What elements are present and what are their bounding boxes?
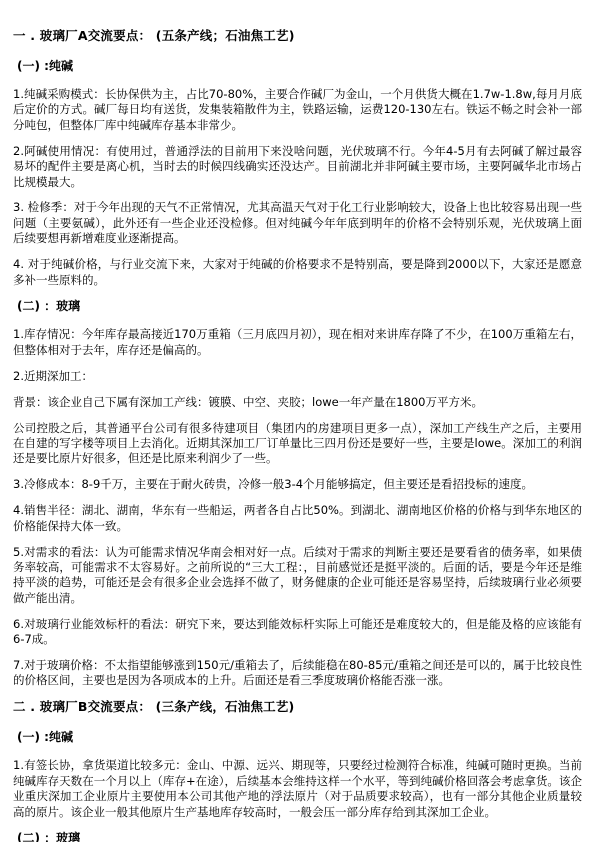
section-a-soda-ash-heading: (一) :纯碱 (17, 58, 582, 74)
para-a-glass-sales-radius: 4.销售半径：湖北、湖南，华东有一些船运，两者各自占比50%。到湖北、湖南地区价… (13, 503, 582, 534)
document-page: 一 . 玻璃厂A交流要点： (五条产线；石油焦工艺) (一) :纯碱 1.纯碱采… (0, 0, 595, 842)
para-b-soda-long-term-contract: 1.有签长协，拿货渠道比较多元：金山、中源、远兴、期现等，只要经过检测符合标准，… (13, 758, 582, 820)
para-a-glass-demand-view: 5.对需求的看法：认为可能需求情况华南会相对好一点。后续对于需求的判断主要还是要… (13, 545, 582, 607)
para-a-glass-cold-repair-cost: 3.冷修成本：8-9千万，主要在于耐火砖贵，冷修一般3-4个月能够搞定，但主要还… (13, 477, 582, 492)
para-a-glass-deep-processing-background: 背景：该企业自己下属有深加工产线：镀膜、中空、夹胶；lowe一年产量在1800万… (13, 395, 582, 410)
para-a-soda-procurement-model: 1.纯碱采购模式：长协保供为主，占比70-80%，主要合作碱厂为金山，一个月供货… (13, 87, 582, 133)
section-a-glass-heading: (二) ：玻璃 (17, 298, 582, 314)
para-a-glass-inventory: 1.库存情况：今年库存最高接近170万重箱（三月底四月初），现在相对来讲库存降了… (13, 327, 582, 358)
para-a-glass-price-view: 7.对于玻璃价格：不太指望能够涨到150元/重箱去了，后续能稳在80-85元/重… (13, 658, 582, 689)
para-a-glass-deep-processing-label: 2.近期深加工： (13, 369, 582, 384)
section-b-glass-heading: (二) ：玻璃 (17, 830, 582, 842)
para-a-glass-holding-projects: 公司控股之后，其普通平台公司有很多待建项目（集团内的房建项目更多一点），深加工产… (13, 421, 582, 467)
para-a-glass-energy-benchmark: 6.对玻璃行业能效标杆的看法：研究下来，要达到能效标杆实际上可能还是难度较大的，… (13, 617, 582, 648)
section-b-title: 二 . 玻璃厂B交流要点： (三条产线，石油焦工艺) (13, 699, 582, 715)
section-b-soda-ash-heading: (一) :纯碱 (17, 729, 582, 745)
section-a-title: 一 . 玻璃厂A交流要点： (五条产线；石油焦工艺) (13, 28, 582, 44)
para-a-soda-a-alkali-usage: 2.阿碱使用情况：有使用过，普通浮法的目前用下来没啥问题，光伏玻璃不行。今年4-… (13, 144, 582, 190)
para-a-soda-price-view: 4. 对于纯碱价格，与行业交流下来，大家对于纯碱的价格要求不是特别高，要是降到2… (13, 257, 582, 288)
para-a-soda-maintenance-season: 3. 检修季：对于今年出现的天气不正常情况，尤其高温天气对于化工行业影响较大，设… (13, 200, 582, 246)
